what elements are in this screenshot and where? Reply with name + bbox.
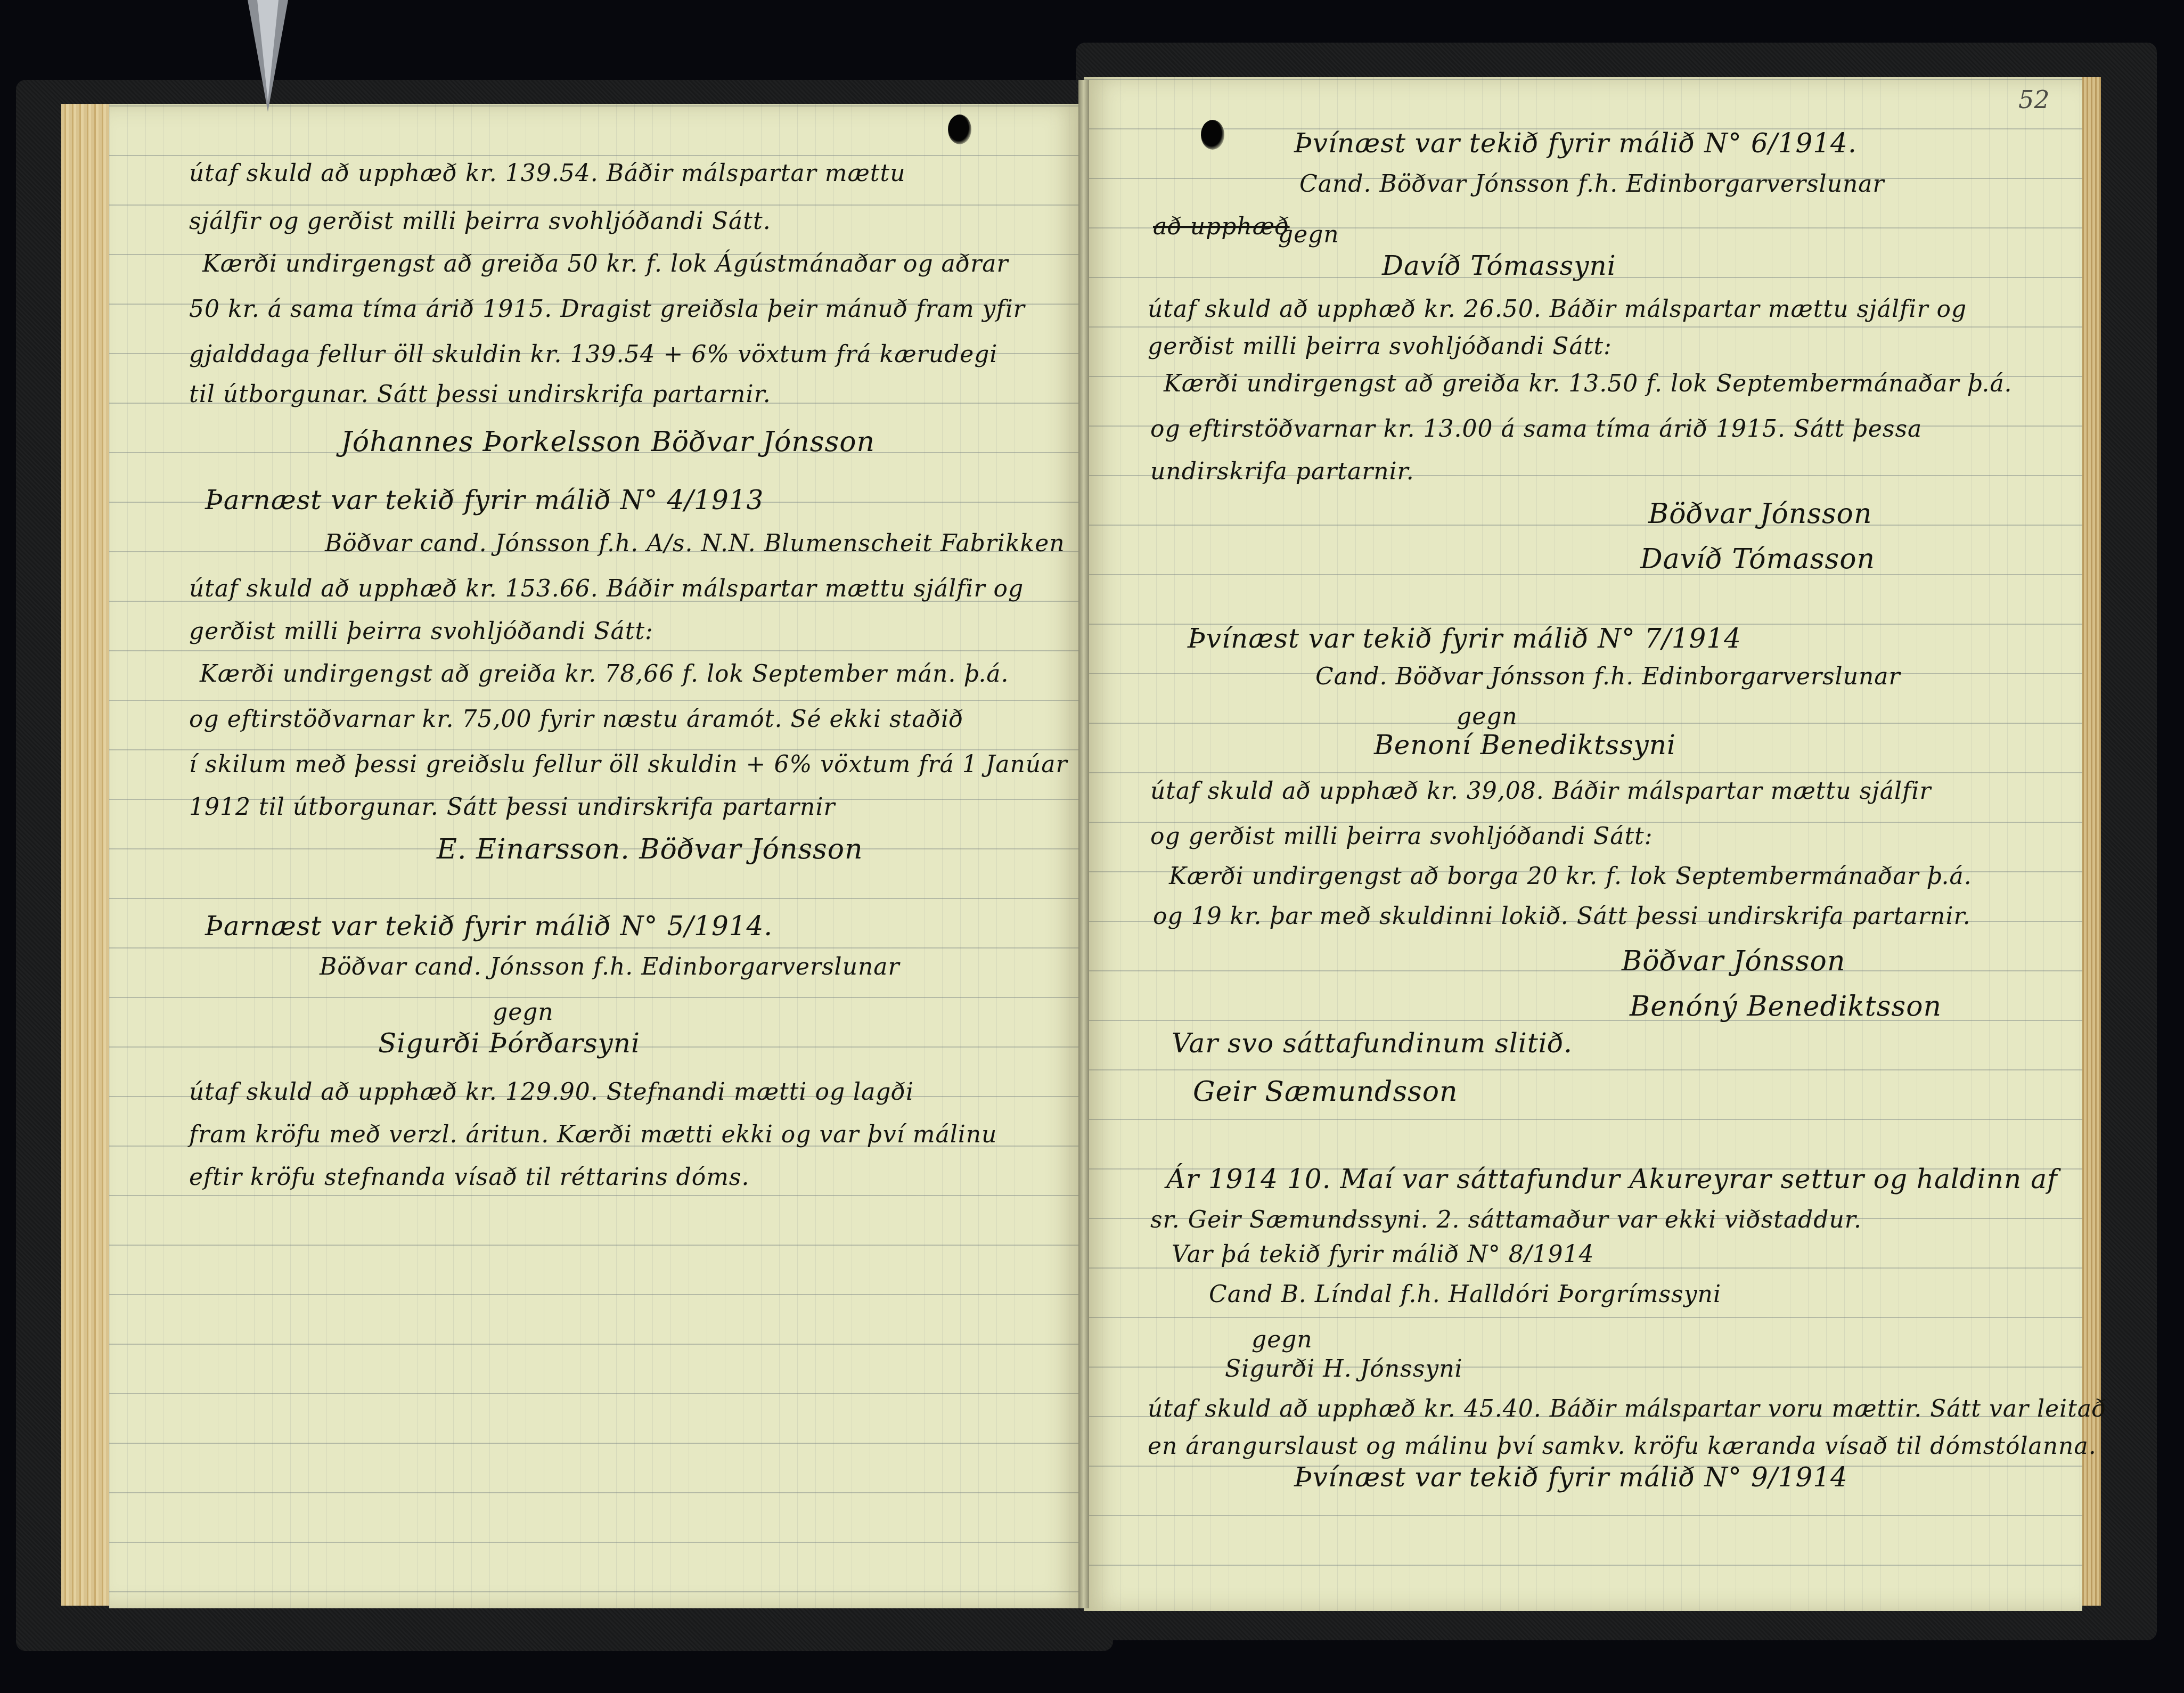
text-line: Cand. Böðvar Jónsson f.h. Edinborgarvers… (1299, 170, 1885, 198)
signature-line: Davíð Tómasson (1640, 543, 1875, 575)
text-line: gegn (493, 999, 554, 1026)
signature-line: Böðvar Jónsson (1622, 945, 1845, 977)
signature-line: Jóhannes Þorkelsson Böðvar Jónsson (341, 426, 875, 458)
struck-text: að upphæð (1153, 213, 1290, 240)
text-line: gerðist milli þeirra svohljóðandi Sátt: (189, 618, 653, 645)
party-name: Benoní Benediktssyni (1374, 730, 1676, 760)
text-line: gegn (1251, 1326, 1313, 1353)
closing-statement: Var svo sáttafundinum slitið. (1172, 1028, 1573, 1059)
signature-line: Böðvar Jónsson (1648, 498, 1872, 530)
text-line: og gerðist milli þeirra svohljóðandi Sát… (1150, 823, 1653, 850)
text-line: Kærði undirgengst að greiða kr. 13.50 f.… (1164, 370, 2013, 397)
text-line: sr. Geir Sæmundssyni. 2. sáttamaður var … (1150, 1206, 1862, 1233)
case-heading: Þvínæst var tekið fyrir málið N° 9/1914 (1294, 1462, 1848, 1493)
text-line: og eftirstöðvarnar kr. 13.00 á sama tíma… (1150, 415, 1922, 443)
text-line: 50 kr. á sama tíma árið 1915. Dragist gr… (189, 296, 1025, 323)
text-line: undirskrifa partarnir. (1150, 458, 1414, 485)
case-heading: Þvínæst var tekið fyrir málið N° 7/1914 (1188, 623, 1741, 654)
text-line: Böðvar cand. Jónsson f.h. Edinborgarvers… (320, 953, 900, 980)
text-line: sjálfir og gerðist milli þeirra svohljóð… (189, 208, 771, 235)
text-line: útaf skuld að upphæð kr. 139.54. Báðir m… (189, 160, 906, 187)
signature-line: Benóný Benediktsson (1630, 991, 1942, 1023)
text-line: Cand. Böðvar Jónsson f.h. Edinborgarvers… (1315, 663, 1901, 690)
book-gutter (1078, 80, 1089, 1608)
text-line: gerðist milli þeirra svohljóðandi Sátt: (1148, 333, 1612, 360)
text-line: 1912 til útborgunar. Sátt þessi undirskr… (189, 794, 836, 821)
text-line: en árangurslaust og málinu því samkv. kr… (1148, 1433, 2097, 1460)
text-line: til útborgunar. Sátt þessi undirskrifa p… (189, 381, 771, 408)
text-line: í skilum með þessi greiðslu fellur öll s… (189, 751, 1067, 778)
punch-hole-icon (948, 114, 971, 144)
page-edges-left (61, 104, 114, 1606)
party-name: Sigurði Þórðarsyni (378, 1028, 640, 1059)
signature-line: Geir Sæmundsson (1193, 1076, 1458, 1108)
page-edges-right (2080, 77, 2101, 1606)
party-name: Sigurði H. Jónssyni (1225, 1355, 1463, 1383)
text-line: gegn (1278, 221, 1339, 248)
text-line: fram kröfu með verzl. áritun. Kærði mætt… (189, 1121, 997, 1148)
party-name: Davíð Tómassyni (1382, 250, 1616, 281)
text-line: útaf skuld að upphæð kr. 26.50. Báðir má… (1148, 296, 1967, 323)
punch-hole-icon (1201, 120, 1224, 150)
text-line: útaf skuld að upphæð kr. 45.40. Báðir má… (1148, 1395, 2107, 1422)
letter-opener-icon (248, 0, 288, 112)
text-line: útaf skuld að upphæð kr. 39,08. Báðir má… (1150, 778, 1931, 805)
text-line: gegn (1457, 703, 1518, 730)
case-heading: Var þá tekið fyrir málið N° 8/1914 (1172, 1241, 1594, 1268)
text-line: Kærði undirgengst að greiða kr. 78,66 f.… (200, 660, 1009, 688)
page-number: 52 (2018, 85, 2050, 114)
signature-line: E. Einarsson. Böðvar Jónsson (437, 833, 863, 865)
text-line: Böðvar cand. Jónsson f.h. A/s. N.N. Blum… (325, 530, 1065, 557)
text-line: og 19 kr. þar með skuldinni lokið. Sátt … (1153, 903, 1971, 930)
case-heading: Þarnæst var tekið fyrir málið N° 5/1914. (205, 911, 773, 942)
text-line: eftir kröfu stefnanda vísað til réttarin… (189, 1164, 749, 1191)
text-line: gjalddaga fellur öll skuldin kr. 139.54 … (189, 341, 997, 368)
case-heading: Þarnæst var tekið fyrir málið N° 4/1913 (205, 485, 764, 516)
text-line: útaf skuld að upphæð kr. 129.90. Stefnan… (189, 1078, 914, 1106)
text-line: útaf skuld að upphæð kr. 153.66. Báðir m… (189, 575, 1024, 602)
text-line: og eftirstöðvarnar kr. 75,00 fyrir næstu… (189, 706, 964, 733)
case-heading: Þvínæst var tekið fyrir málið N° 6/1914. (1294, 128, 1857, 159)
text-line: Cand B. Líndal f.h. Halldóri Þorgrímssyn… (1209, 1281, 1721, 1308)
session-heading: Ár 1914 10. Maí var sáttafundur Akureyra… (1166, 1164, 2057, 1195)
text-line: Kærði undirgengst að greiða 50 kr. f. lo… (202, 250, 1009, 277)
text-line: Kærði undirgengst að borga 20 kr. f. lok… (1169, 863, 1972, 890)
